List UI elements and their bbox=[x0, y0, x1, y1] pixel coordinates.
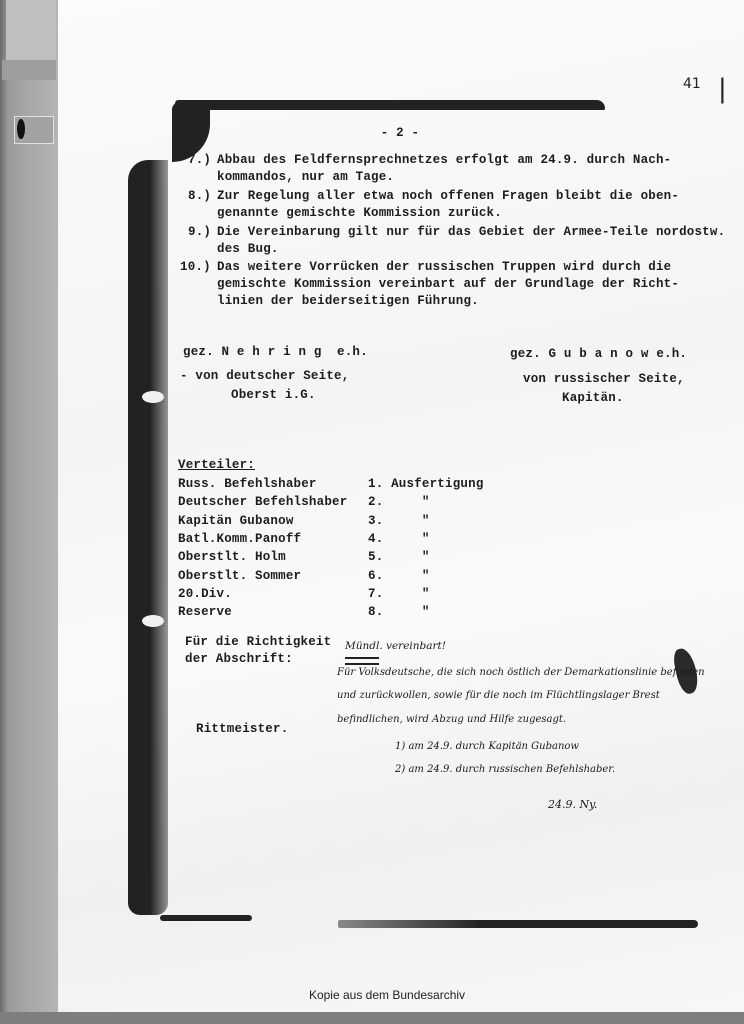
item-9-line: Die Vereinbarung gilt nur für das Gebiet… bbox=[217, 225, 725, 239]
certification-line: der Abschrift: bbox=[185, 652, 293, 666]
distribution-copy: 3. " bbox=[368, 514, 430, 528]
distribution-copy: 6. " bbox=[368, 569, 430, 583]
item-10-line: gemischte Kommission vereinbart auf der … bbox=[217, 277, 679, 291]
handwritten-line: 2) am 24.9. durch russischen Befehlshabe… bbox=[395, 764, 615, 775]
russian-side: von russischer Seite, bbox=[523, 372, 685, 386]
distribution-recipient: Reserve bbox=[178, 605, 232, 619]
copy-shadow bbox=[128, 160, 168, 915]
item-7-number: 7.) bbox=[188, 153, 211, 167]
distribution-recipient: Batl.Komm.Panoff bbox=[178, 532, 301, 546]
distribution-recipient: 20.Div. bbox=[178, 587, 232, 601]
archive-footer-text: Kopie aus dem Bundesarchiv bbox=[309, 988, 465, 1002]
distribution-recipient: Oberstlt. Sommer bbox=[178, 569, 301, 583]
distribution-recipient: Oberstlt. Holm bbox=[178, 550, 286, 564]
handwritten-line: 1) am 24.9. durch Kapitän Gubanow bbox=[395, 741, 579, 752]
handwritten-line: und zurückwollen, sowie für die noch im … bbox=[337, 690, 660, 701]
distribution-recipient: Kapitän Gubanow bbox=[178, 514, 294, 528]
russian-rank: Kapitän. bbox=[562, 391, 624, 405]
punch-hole bbox=[142, 615, 164, 627]
item-7-line: kommandos, nur am Tage. bbox=[217, 170, 394, 184]
distribution-copy: 4. " bbox=[368, 532, 430, 546]
german-side: - von deutscher Seite, bbox=[180, 369, 349, 383]
russian-signature: gez. G u b a n o w e.h. bbox=[510, 347, 687, 361]
handwritten-line: Für Volksdeutsche, die sich noch östlich… bbox=[337, 667, 705, 678]
punch-hole bbox=[142, 391, 164, 403]
scanner-part bbox=[2, 60, 56, 80]
item-9-number: 9.) bbox=[188, 225, 211, 239]
copy-shadow bbox=[338, 920, 698, 928]
corner-note: 41 bbox=[683, 76, 701, 92]
handwritten-heading: Mündl. vereinbart! bbox=[345, 640, 446, 652]
copy-shadow bbox=[175, 100, 605, 110]
double-underline bbox=[345, 657, 379, 665]
scanner-part bbox=[6, 0, 56, 62]
distribution-recipient: Russ. Befehlshaber bbox=[178, 477, 317, 491]
archive-footer: Kopie aus dem Bundesarchiv bbox=[0, 988, 744, 1002]
distribution-heading: Verteiler: bbox=[178, 458, 255, 472]
item-8-line: genannte gemischte Kommission zurück. bbox=[217, 206, 502, 220]
distribution-copy: 7. " bbox=[368, 587, 430, 601]
item-9-line: des Bug. bbox=[217, 242, 279, 256]
scanner-bottom bbox=[0, 1012, 744, 1024]
german-signature: gez. N e h r i n g e.h. bbox=[183, 345, 368, 359]
german-rank: Oberst i.G. bbox=[231, 388, 316, 402]
handwritten-line: befindlichen, wird Abzug und Hilfe zuges… bbox=[337, 714, 566, 725]
certification-line: Für die Richtigkeit bbox=[185, 635, 331, 649]
scanner-part bbox=[14, 116, 54, 144]
distribution-copy: 8. " bbox=[368, 605, 430, 619]
item-10-line: linien der beiderseitigen Führung. bbox=[217, 294, 479, 308]
certification-rank: Rittmeister. bbox=[196, 722, 288, 736]
handwritten-date-initials: 24.9. Ny. bbox=[548, 798, 597, 811]
distribution-recipient: Deutscher Befehlshaber bbox=[178, 495, 347, 509]
distribution-copy: 2. " bbox=[368, 495, 430, 509]
item-8-number: 8.) bbox=[188, 189, 211, 203]
page-marker: - 2 - bbox=[360, 126, 440, 140]
distribution-copy: 5. " bbox=[368, 550, 430, 564]
item-7-line: Abbau des Feldfernsprechnetzes erfolgt a… bbox=[217, 153, 671, 167]
scanner-edge bbox=[0, 0, 58, 1024]
item-8-line: Zur Regelung aller etwa noch offenen Fra… bbox=[217, 189, 679, 203]
distribution-copy: 1. Ausfertigung bbox=[368, 477, 484, 491]
item-10-number: 10.) bbox=[180, 260, 211, 274]
item-10-line: Das weitere Vorrücken der russischen Tru… bbox=[217, 260, 671, 274]
copy-shadow bbox=[160, 915, 252, 921]
margin-line: | bbox=[718, 76, 727, 102]
